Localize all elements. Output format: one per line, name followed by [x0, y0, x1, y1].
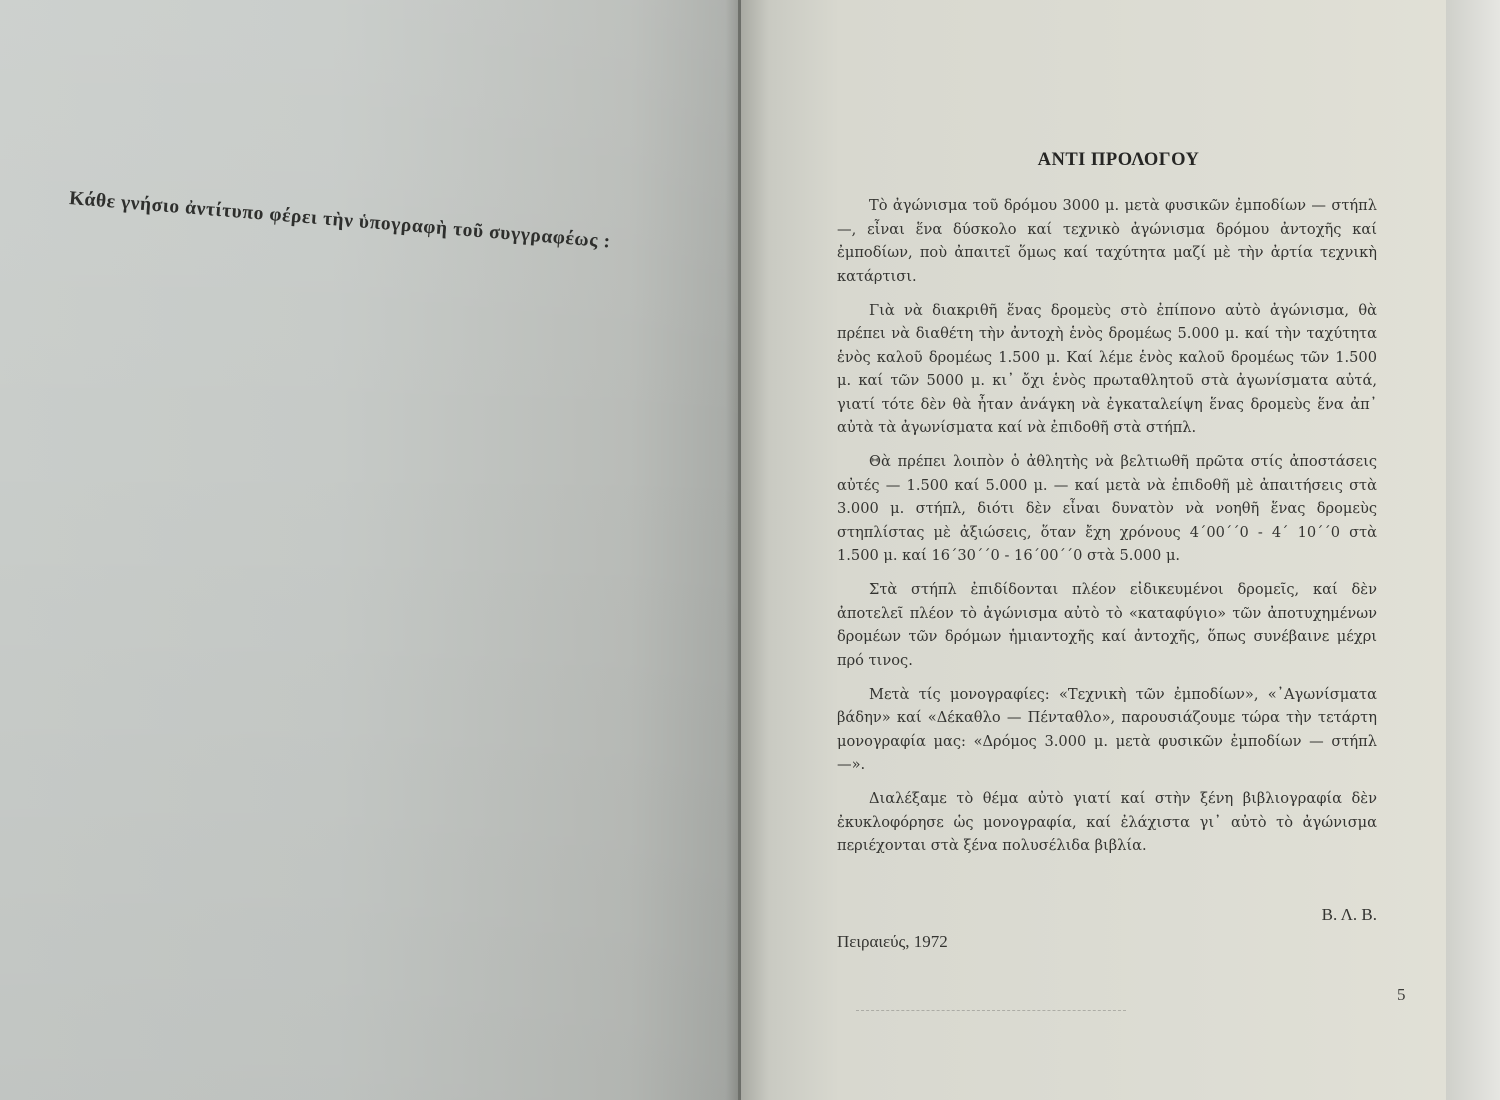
author-initials: Β. Λ. Β.: [741, 905, 1377, 925]
paragraph-4: Στὰ στήπλ ἐπιδίδονται πλέον εἰδικευμένοι…: [837, 578, 1377, 672]
background-surface: [1446, 0, 1500, 1100]
right-page: ΑΝΤΙ ΠΡΟΛΟΓΟΥ Τὸ ἀγώνισμα τοῦ δρόμου 300…: [741, 0, 1446, 1100]
left-page: Κάθε γνήσιο ἀντίτυπο φέρει τὴν ὑπογραφὴ …: [0, 0, 740, 1100]
authenticity-notice: Κάθε γνήσιο ἀντίτυπο φέρει τὴν ὑπογραφὴ …: [68, 188, 611, 253]
paragraph-2: Γιὰ νὰ διακριθῆ ἕνας δρομεὺς στὸ ἐπίπονο…: [837, 299, 1377, 440]
page-title: ΑΝΤΙ ΠΡΟΛΟΓΟΥ: [741, 150, 1446, 171]
page-number: 5: [1397, 985, 1406, 1005]
place-and-date: Πειραιεύς, 1972: [837, 932, 948, 952]
faint-bleed-through-line: [856, 1010, 1126, 1011]
open-book-spread: Κάθε γνήσιο ἀντίτυπο φέρει τὴν ὑπογραφὴ …: [0, 0, 1500, 1100]
preface-body: Τὸ ἀγώνισμα τοῦ δρόμου 3000 μ. μετὰ φυσι…: [837, 194, 1377, 868]
paragraph-1: Τὸ ἀγώνισμα τοῦ δρόμου 3000 μ. μετὰ φυσι…: [837, 194, 1377, 288]
paragraph-6: Διαλέξαμε τὸ θέμα αὐτὸ γιατί καί στὴν ξέ…: [837, 787, 1377, 858]
paragraph-3: Θὰ πρέπει λοιπὸν ὁ ἀθλητὴς νὰ βελτιωθῆ π…: [837, 450, 1377, 568]
paragraph-5: Μετὰ τίς μονογραφίες: «Τεχνικὴ τῶν ἐμποδ…: [837, 683, 1377, 777]
